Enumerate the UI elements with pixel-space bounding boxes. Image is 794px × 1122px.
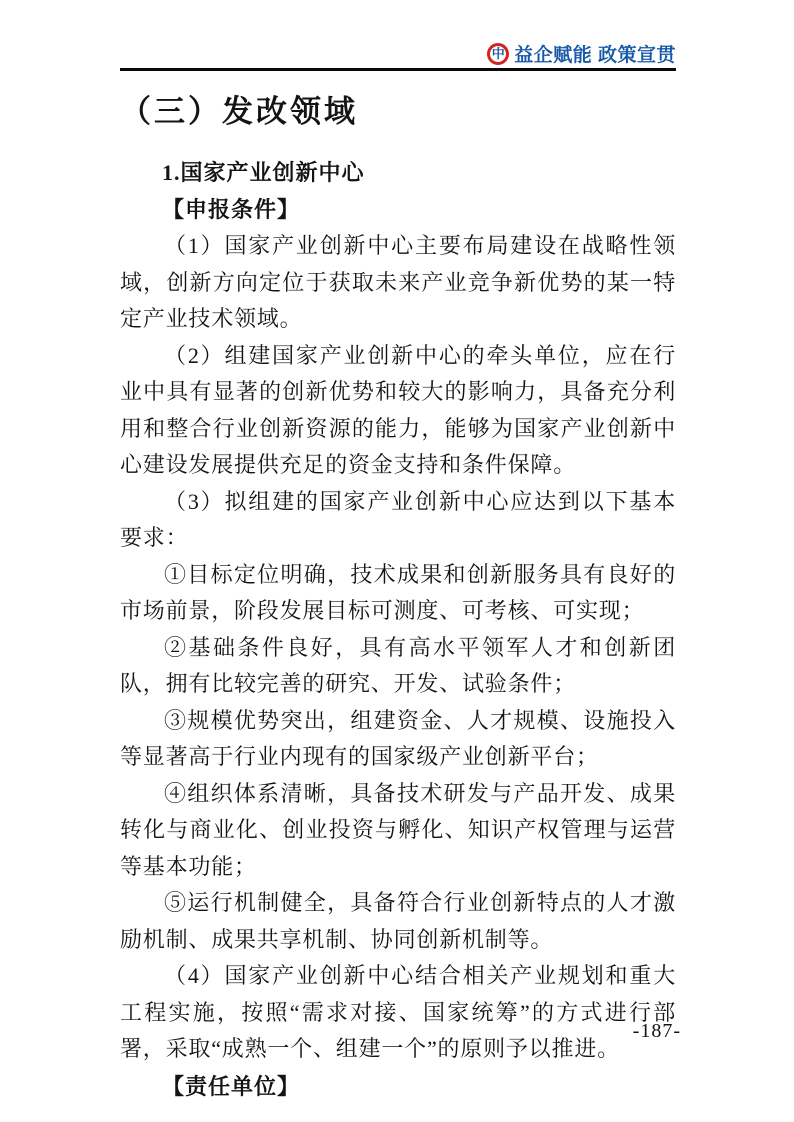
- paragraph: ⑤运行机制健全，具备符合行业创新特点的人才激励机制、成果共享机制、协同创新机制等…: [120, 885, 676, 958]
- paragraph: ②基础条件良好，具有高水平领军人才和创新团队，拥有比较完善的研究、开发、试验条件…: [120, 630, 676, 703]
- paragraph: （2）组建国家产业创新中心的牵头单位，应在行业中具有显著的创新优势和较大的影响力…: [120, 338, 676, 484]
- responsibility-unit-heading: 【责任单位】: [120, 1068, 676, 1105]
- document-body: （三）发改领域 1.国家产业创新中心 【申报条件】 （1）国家产业创新中心主要布…: [120, 84, 676, 1105]
- paragraph: ③规模优势突出，组建资金、人才规模、设施投入等显著高于行业内现有的国家级产业创新…: [120, 703, 676, 776]
- paragraph: （4）国家产业创新中心结合相关产业规划和重大工程实施，按照“需求对接、国家统筹”…: [120, 958, 676, 1068]
- paragraph: ①目标定位明确，技术成果和创新服务具有良好的市场前景，阶段发展目标可测度、可考核…: [120, 557, 676, 630]
- section-title: （三）发改领域: [120, 90, 676, 134]
- document-page: 中 益企赋能 政策宣贯 （三）发改领域 1.国家产业创新中心 【申报条件】 （1…: [0, 0, 794, 1122]
- item-title: 1.国家产业创新中心: [120, 154, 676, 191]
- declare-conditions-heading: 【申报条件】: [120, 191, 676, 228]
- brand-logo-glyph: 中: [492, 47, 505, 60]
- page-number: -187-: [633, 1020, 681, 1043]
- page-header: 中 益企赋能 政策宣贯: [120, 42, 676, 71]
- paragraph: （3）拟组建的国家产业创新中心应达到以下基本要求：: [120, 484, 676, 557]
- brand-text: 益企赋能 政策宣贯: [514, 40, 676, 67]
- brand-logo-icon: 中: [487, 43, 509, 65]
- paragraph: ④组织体系清晰，具备技术研发与产品开发、成果转化与商业化、创业投资与孵化、知识产…: [120, 776, 676, 886]
- paragraph: （1）国家产业创新中心主要布局建设在战略性领域，创新方向定位于获取未来产业竞争新…: [120, 228, 676, 338]
